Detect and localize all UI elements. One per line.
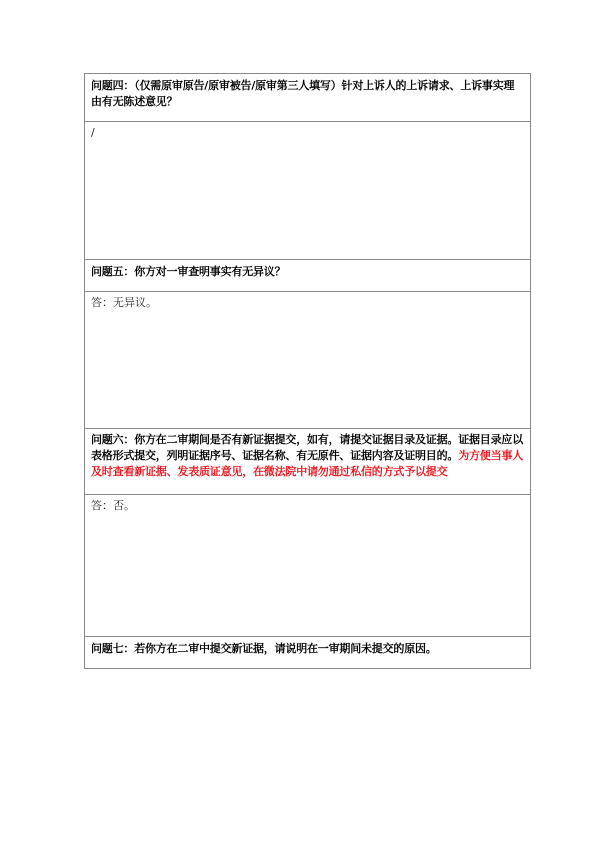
question-6-text: 问题六：你方在二审期间是否有新证据提交，如有，请提交证据目录及证据。证据目录应以… <box>91 432 524 480</box>
answer-row-5[interactable]: 答：无异议。 <box>85 291 530 428</box>
answer-4-text: / <box>91 125 524 140</box>
question-7-body: 若你方在二审中提交新证据，请说明在一审期间未提交的原因。 <box>134 642 436 655</box>
question-5-label: 问题五： <box>91 265 134 278</box>
question-4-label: 问题四： <box>91 79 134 92</box>
question-5-text: 问题五：你方对一审查明事实有无异议？ <box>91 264 524 280</box>
question-4-text: 问题四：（仅需原审原告/原审被告/原审第三人填写）针对上诉人的上诉请求、上诉事实… <box>91 78 524 110</box>
question-row-4: 问题四：（仅需原审原告/原审被告/原审第三人填写）针对上诉人的上诉请求、上诉事实… <box>85 74 530 121</box>
answer-5-text: 答：无异议。 <box>91 295 524 310</box>
question-7-text: 问题七：若你方在二审中提交新证据，请说明在一审期间未提交的原因。 <box>91 641 524 657</box>
questionnaire-table: 问题四：（仅需原审原告/原审被告/原审第三人填写）针对上诉人的上诉请求、上诉事实… <box>84 73 531 669</box>
answer-6-text: 答：否。 <box>91 498 524 513</box>
question-row-7: 问题七：若你方在二审中提交新证据，请说明在一审期间未提交的原因。 <box>85 636 530 668</box>
question-row-5: 问题五：你方对一审查明事实有无异议？ <box>85 259 530 291</box>
answer-row-4[interactable]: / <box>85 121 530 259</box>
question-7-label: 问题七： <box>91 642 134 655</box>
question-row-6: 问题六：你方在二审期间是否有新证据提交，如有，请提交证据目录及证据。证据目录应以… <box>85 428 530 494</box>
question-4-body: （仅需原审原告/原审被告/原审第三人填写）针对上诉人的上诉请求、上诉事实理由有无… <box>91 79 514 108</box>
answer-row-6[interactable]: 答：否。 <box>85 494 530 636</box>
question-6-label: 问题六： <box>91 433 134 446</box>
question-5-body: 你方对一审查明事实有无异议？ <box>134 265 285 278</box>
